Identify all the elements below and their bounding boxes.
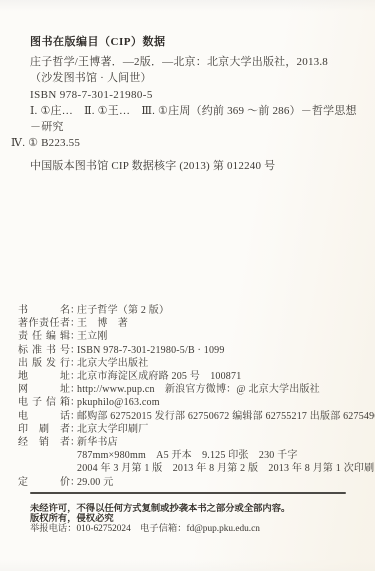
- row-label: 地址: [18, 370, 70, 383]
- cip-classification-line-1: Ⅰ. ①庄… Ⅱ. ①王… Ⅲ. ①庄周（约前 369 ～前 286）－哲学思想…: [30, 104, 359, 135]
- row-label: 书名: [18, 304, 70, 317]
- cip-series-line: （沙发图书馆 · 人间世）: [30, 71, 359, 87]
- colon: ：: [70, 357, 77, 370]
- row-value: 29.00 元: [77, 477, 113, 488]
- row-label: 经销者: [18, 436, 70, 449]
- colon: ：: [70, 370, 77, 383]
- row-author: 著作责任者：王 博 著: [18, 317, 365, 330]
- row-label: 印刷者: [18, 423, 70, 436]
- cip-record-number: 中国版本图书馆 CIP 数据核字 (2013) 第 012240 号: [30, 159, 359, 175]
- row-price: 定价：29.00 元: [18, 476, 365, 489]
- report-contact-line: 举报电话：010-62752024 电子信箱：fd@pup.pku.edu.cn: [30, 524, 361, 534]
- row-value: 2004 年 3 月第 1 版 2013 年 8 月第 2 版 2013 年 8…: [77, 463, 374, 474]
- colon: ：: [70, 396, 77, 409]
- divider-line: [30, 492, 346, 494]
- row-label: 定价: [18, 476, 70, 489]
- row-value: 新华书店: [77, 437, 118, 448]
- colon: ：: [70, 317, 77, 330]
- row-value: 北京大学印刷厂: [77, 424, 148, 435]
- row-value: 王 博 著: [77, 318, 128, 329]
- cip-title-line: 庄子哲学/王博著．—2版．—北京：北京大学出版社，2013.8: [30, 55, 359, 71]
- row-isbn: 标准书号：ISBN 978-7-301-21980-5/B · 1099: [18, 344, 365, 357]
- colon: ：: [70, 436, 77, 449]
- row-label: 责任编辑: [18, 330, 70, 343]
- row-value: 王立刚: [77, 331, 108, 342]
- row-email: 电子信箱：pkuphilo@163.com: [18, 396, 365, 409]
- row-printer: 印刷者：北京大学印刷厂: [18, 423, 365, 436]
- row-value: pkuphilo@163.com: [77, 397, 160, 408]
- copyright-page: 图书在版编目（CIP）数据 庄子哲学/王博著．—2版．—北京：北京大学出版社，2…: [0, 0, 375, 571]
- cip-classification-line-2: Ⅳ. ① B223.55: [11, 136, 359, 152]
- row-format-spec: 787mm×980mm A5 开本 9.125 印张 230 千字: [18, 449, 365, 462]
- cip-isbn-line: ISBN 978-7-301-21980-5: [30, 88, 359, 104]
- row-value: ISBN 978-7-301-21980-5/B · 1099: [77, 345, 225, 356]
- row-label: 网址: [18, 383, 70, 396]
- row-label: 标准书号: [18, 344, 70, 357]
- row-website: 网址：http://www.pup.cn 新浪官方微博：@ 北京大学出版社: [18, 383, 365, 396]
- row-value: http://www.pup.cn 新浪官方微博：@ 北京大学出版社: [77, 384, 320, 395]
- copyright-notice-block: 未经许可，不得以任何方式复制或抄袭本书之部分或全部内容。 版权所有，侵权必究 举…: [30, 504, 361, 535]
- no-copy-notice: 未经许可，不得以任何方式复制或抄袭本书之部分或全部内容。: [30, 504, 361, 514]
- row-value: 庄子哲学（第 2 版）: [77, 305, 169, 316]
- row-label: 著作责任者: [18, 317, 70, 330]
- row-editor: 责任编辑：王立刚: [18, 330, 365, 343]
- colon: ：: [70, 476, 77, 489]
- colophon-block: 书名：庄子哲学（第 2 版） 著作责任者：王 博 著 责任编辑：王立刚 标准书号…: [18, 304, 365, 489]
- row-publisher: 出版发行：北京大学出版社: [18, 357, 365, 370]
- cip-heading: 图书在版编目（CIP）数据: [30, 35, 359, 51]
- row-label: 电子信箱: [18, 396, 70, 409]
- colon: ：: [70, 410, 77, 423]
- all-rights-reserved: 版权所有，侵权必究: [30, 514, 361, 524]
- row-value: 邮购部 62752015 发行部 62750672 编辑部 62755217 出…: [77, 411, 375, 422]
- row-value: 北京大学出版社: [77, 358, 148, 369]
- row-edition-info: 2004 年 3 月第 1 版 2013 年 8 月第 2 版 2013 年 8…: [18, 462, 365, 475]
- colon: ：: [70, 344, 77, 357]
- colon: ：: [70, 423, 77, 436]
- colon: ：: [70, 383, 77, 396]
- colon: ：: [70, 304, 77, 317]
- row-value: 北京市海淀区成府路 205 号 100871: [77, 371, 241, 382]
- colon: ：: [70, 330, 77, 343]
- row-label: 电话: [18, 410, 70, 423]
- row-distributor: 经销者：新华书店: [18, 436, 365, 449]
- row-book-title: 书名：庄子哲学（第 2 版）: [18, 304, 365, 317]
- row-phone: 电话：邮购部 62752015 发行部 62750672 编辑部 6275521…: [18, 410, 365, 423]
- row-label: 出版发行: [18, 357, 70, 370]
- row-value: 787mm×980mm A5 开本 9.125 印张 230 千字: [77, 450, 298, 461]
- row-address: 地址：北京市海淀区成府路 205 号 100871: [18, 370, 365, 383]
- cip-block: 图书在版编目（CIP）数据 庄子哲学/王博著．—2版．—北京：北京大学出版社，2…: [30, 35, 359, 175]
